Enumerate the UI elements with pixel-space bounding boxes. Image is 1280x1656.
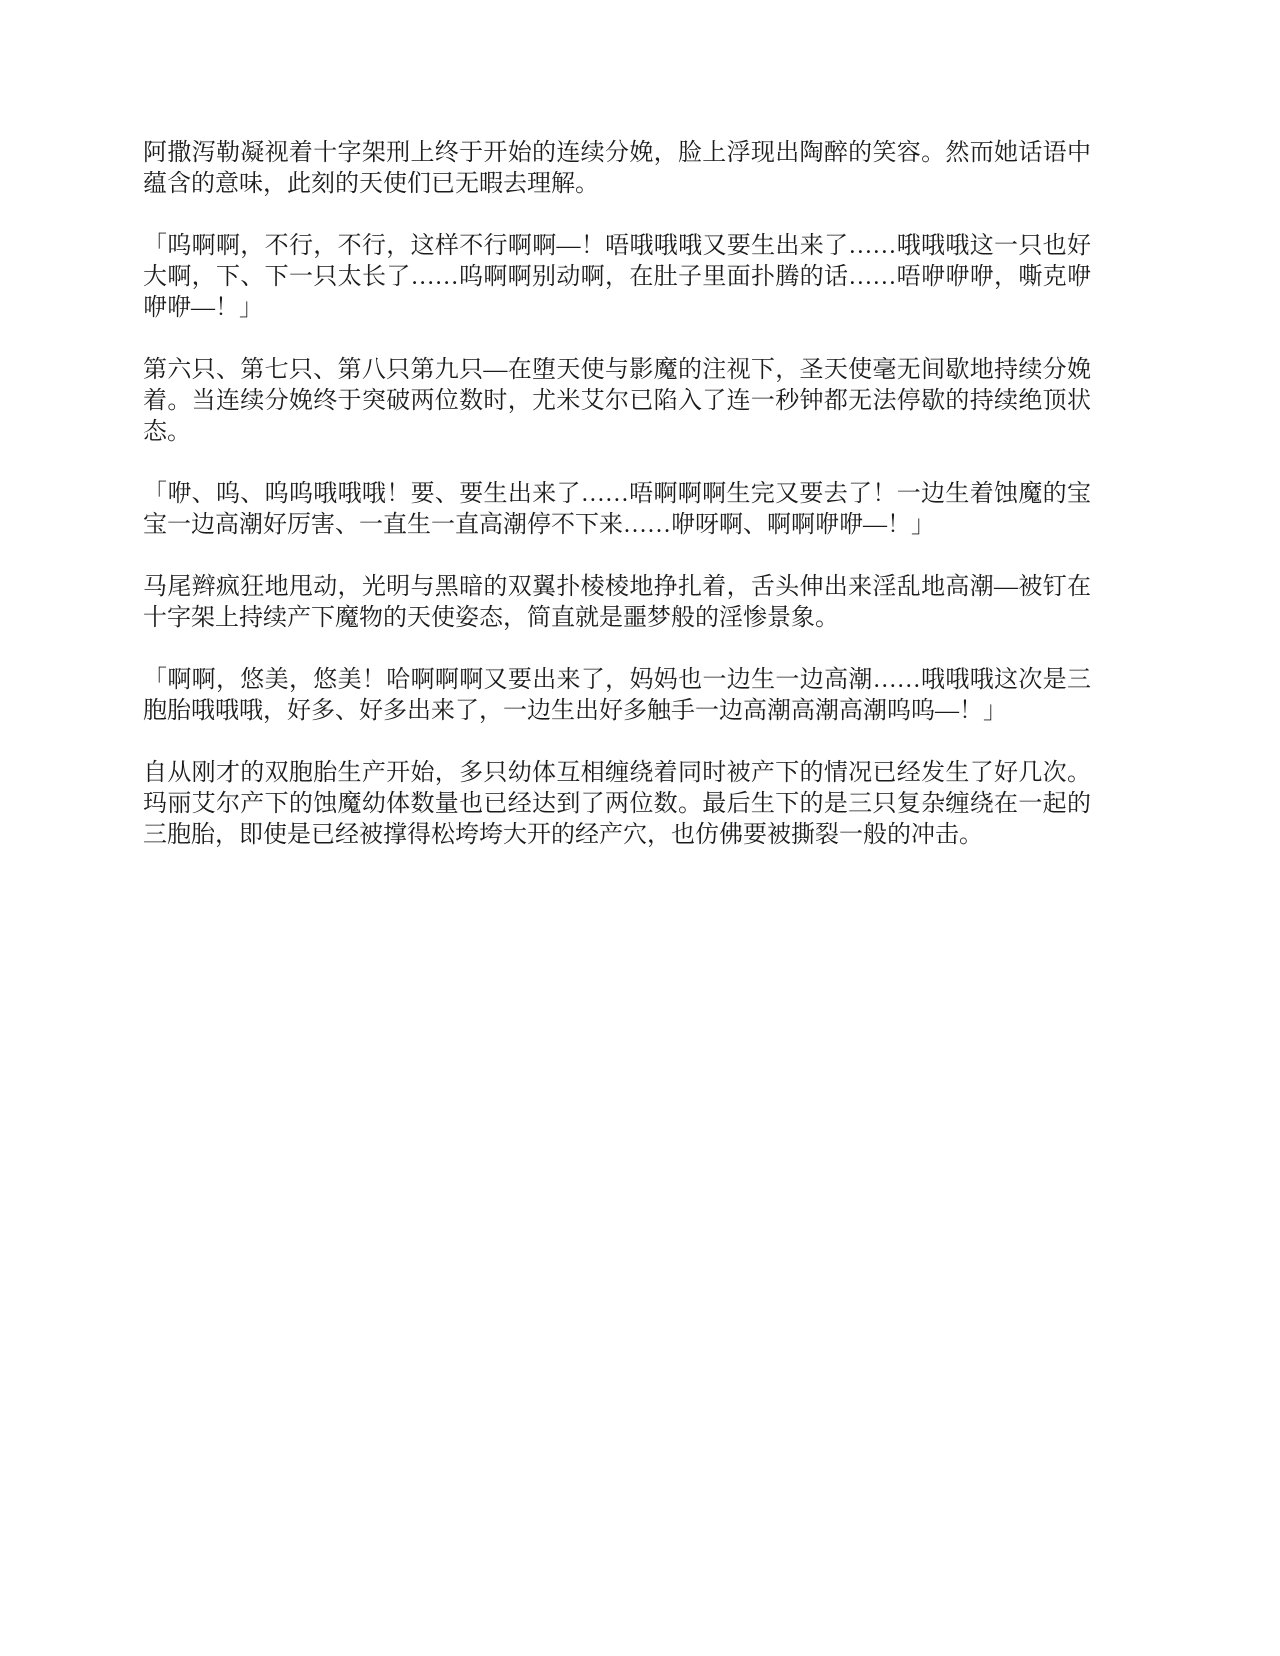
paragraph: 阿撒泻勒凝视着十字架刑上终于开始的连续分娩，脸上浮现出陶醉的笑容。然而她话语中蕴… <box>143 138 1091 200</box>
paragraph: 「啊啊，悠美，悠美！哈啊啊啊又要出来了，妈妈也一边生一边高潮……哦哦哦这次是三胞… <box>143 665 1091 727</box>
paragraph: 「呜啊啊，不行，不行，这样不行啊啊—！唔哦哦哦又要生出来了……哦哦哦这一只也好大… <box>143 231 1091 324</box>
paragraph: 马尾辫疯狂地甩动，光明与黑暗的双翼扑棱棱地挣扎着，舌头伸出来淫乱地高潮—被钉在十… <box>143 572 1091 634</box>
paragraph: 「咿、呜、呜呜哦哦哦！要、要生出来了……唔啊啊啊生完又要去了！一边生着蚀魔的宝宝… <box>143 479 1091 541</box>
paragraph: 第六只、第七只、第八只第九只—在堕天使与影魔的注视下，圣天使毫无间歇地持续分娩着… <box>143 355 1091 448</box>
document-page: 阿撒泻勒凝视着十字架刑上终于开始的连续分娩，脸上浮现出陶醉的笑容。然而她话语中蕴… <box>0 0 1280 1656</box>
paragraph: 自从刚才的双胞胎生产开始，多只幼体互相缠绕着同时被产下的情况已经发生了好几次。玛… <box>143 758 1091 851</box>
text-content: 阿撒泻勒凝视着十字架刑上终于开始的连续分娩，脸上浮现出陶醉的笑容。然而她话语中蕴… <box>143 138 1091 882</box>
